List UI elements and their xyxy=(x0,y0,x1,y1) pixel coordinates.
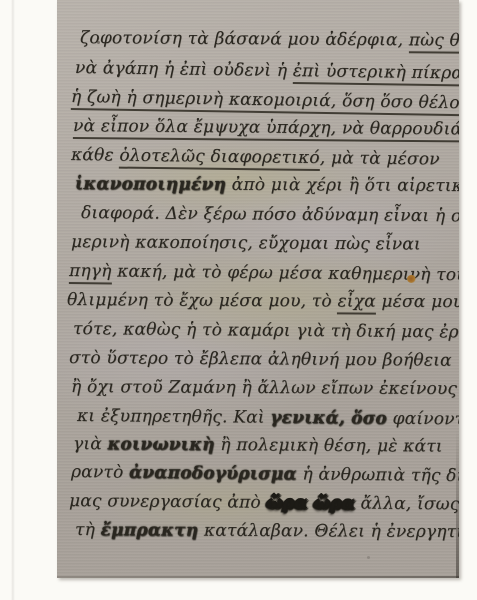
underlined-handwriting: νὰ εἶπον ὅλα ἔμψυχα ὑπάρχη, νὰ θαρρουδιά… xyxy=(73,116,459,143)
underlined-handwriting: εἶχα xyxy=(337,291,375,314)
underlined-handwriting: ἐπὶ ὑστερικὴ πίκρα xyxy=(293,61,459,86)
manuscript-line: τὴ ἔμπρακτη κατάλαβαν. Θέλει ἡ ἐνεργητικ… xyxy=(75,520,459,542)
manuscript-line: τότε, καθὼς ἡ τὸ καμάρι γιὰ τὴ δική μας … xyxy=(73,319,459,343)
handwriting-text: θλιμμένη τὸ ἔχω μέσα μου, τὸ xyxy=(67,290,338,311)
manuscript-line: πηγὴ κακή, μὰ τὸ φέρω μέσα καθημερινὴ το… xyxy=(69,261,459,285)
handwriting-text: ἀπὸ μιὰ χέρι ἢ ὅτι αἱρετικὴ xyxy=(226,175,459,196)
manuscript-line: διαφορά. Δὲν ξέρω πόσο ἀδύναμη εἶναι ἡ σ… xyxy=(81,203,459,226)
handwriting-text: μέσα μου xyxy=(376,292,459,312)
handwriting-text: τότε, καθὼς ἡ τὸ καμάρι γιὰ τὴ δική μας … xyxy=(73,319,459,343)
manuscript-line: κάθε ὁλοτελῶς διαφορετικό, μὰ τὰ μέσον xyxy=(71,145,440,170)
ink-speck xyxy=(367,556,370,559)
heavy-ink-handwriting: ἔμπρακτη xyxy=(101,520,199,541)
handwriting-text: κάθε xyxy=(71,145,120,166)
manuscript-line: ἡ ζωὴ ἡ σημερινὴ κακομοιριά, ὅση ὅσο θέλ… xyxy=(71,87,459,113)
handwriting-text: στὸ ὕστερο τὸ ἔβλεπα ἀληθινή μου βοήθεια xyxy=(69,348,452,371)
handwriting-text: γιὰ xyxy=(73,434,108,454)
manuscript-line: κι ἐξυπηρετηθῆς. Καὶ γενικά, ὅσο φαίνοντ… xyxy=(77,406,459,430)
handwriting-text: κι ἐξυπηρετηθῆς. Καὶ xyxy=(77,406,270,428)
handwriting-text: ζοφοτονίση τὰ βάσανά μου ἀδέρφια, xyxy=(80,28,409,50)
heavy-ink-handwriting: κοινωνικὴ xyxy=(107,434,214,455)
handwriting-text: φαίνονται xyxy=(387,409,459,430)
ink-scribble: ὥρα ὥρα xyxy=(266,493,355,514)
heavy-ink-handwriting: ἀναποδογύρισμα xyxy=(129,463,297,485)
handwriting-text: μερινὴ κακοποίησις, εὔχομαι πὼς εἶναι xyxy=(71,232,421,254)
underlined-handwriting: πὼς θὰ xyxy=(409,30,459,53)
heavy-ink-handwriting: ἱκανοποιημένη xyxy=(75,174,226,195)
manuscript-line: ζοφοτονίση τὰ βάσανά μου ἀδέρφια, πὼς θὰ xyxy=(80,28,459,51)
handwriting-text: , μὰ τὰ μέσον xyxy=(320,148,440,169)
rust-stain xyxy=(407,275,416,283)
scan-crease xyxy=(11,0,15,600)
handwriting-text: ἢ ὄχι στοῦ Ζαμάνη ἢ ἄλλων εἴπων ἐκείνους xyxy=(71,377,457,399)
handwriting-text: ἄλλα, ἴσως ἰ ἀπὸ xyxy=(355,493,459,514)
heavy-ink-handwriting: γενικά, ὅσο xyxy=(270,408,387,429)
handwriting-text: νὰ ἀγάπη ἡ ἐπὶ οὐδενὶ ἡ xyxy=(75,58,293,81)
handwriting-block: ζοφοτονίση τὰ βάσανά μου ἀδέρφια, πὼς θὰ… xyxy=(57,0,459,578)
manuscript-line: νὰ εἶπον ὅλα ἔμψυχα ὑπάρχη, νὰ θαρρουδιά… xyxy=(73,116,459,140)
handwriting-text: ἡ ἀνθρωπιὰ τῆς δικῆς xyxy=(297,464,459,486)
underlined-handwriting: πηγὴ xyxy=(69,261,112,284)
ink-speck xyxy=(97,41,100,44)
handwriting-text: κακή, μὰ τὸ φέρω μέσα καθημερινὴ τοῦ xyxy=(111,261,459,285)
handwriting-text: ἢ πολεμικὴ θέση, μὲ κάτι xyxy=(215,435,443,457)
manuscript-line: μερινὴ κακοποίησις, εὔχομαι πὼς εἶναι xyxy=(71,232,421,254)
manuscript-line: ἢ ὄχι στοῦ Ζαμάνη ἢ ἄλλων εἴπων ἐκείνους xyxy=(71,377,457,399)
manuscript-line: στὸ ὕστερο τὸ ἔβλεπα ἀληθινή μου βοήθεια xyxy=(69,348,452,371)
handwriting-text: κατάλαβαν. Θέλει ἡ ἐνεργητικὴ xyxy=(198,521,459,543)
manuscript-line: νὰ ἀγάπη ἡ ἐπὶ οὐδενὶ ἡ ἐπὶ ὑστερικὴ πίκ… xyxy=(75,58,459,83)
manuscript-line: ἱκανοποιημένη ἀπὸ μιὰ χέρι ἢ ὅτι αἱρετικ… xyxy=(75,174,459,196)
handwriting-text: ραντὸ xyxy=(71,462,129,483)
handwriting-text: τὴ xyxy=(75,520,101,540)
manuscript-line: γιὰ κοινωνικὴ ἢ πολεμικὴ θέση, μὲ κάτι xyxy=(73,434,443,457)
handwriting-text: μας συνεργασίας ἀπὸ xyxy=(69,491,267,513)
manuscript-line: θλιμμένη τὸ ἔχω μέσα μου, τὸ εἶχα μέσα μ… xyxy=(67,290,459,312)
handwriting-text: διαφορά. Δὲν ξέρω πόσο ἀδύναμη εἶναι ἡ σ… xyxy=(81,203,459,226)
underlined-handwriting: ἡ ζωὴ ἡ σημερινὴ κακομοιριά, ὅση ὅσο θέλ… xyxy=(71,87,459,116)
underlined-handwriting: ὁλοτελῶς διαφορετικό xyxy=(119,146,320,171)
manuscript-line: μας συνεργασίας ἀπὸ ὥρα ὥρα ἄλλα, ἴσως ἰ… xyxy=(69,491,459,515)
manuscript-paper: ζοφοτονίση τὰ βάσανά μου ἀδέρφια, πὼς θὰ… xyxy=(57,0,459,578)
manuscript-line: ραντὸ ἀναποδογύρισμα ἡ ἀνθρωπιὰ τῆς δικῆ… xyxy=(71,462,459,486)
